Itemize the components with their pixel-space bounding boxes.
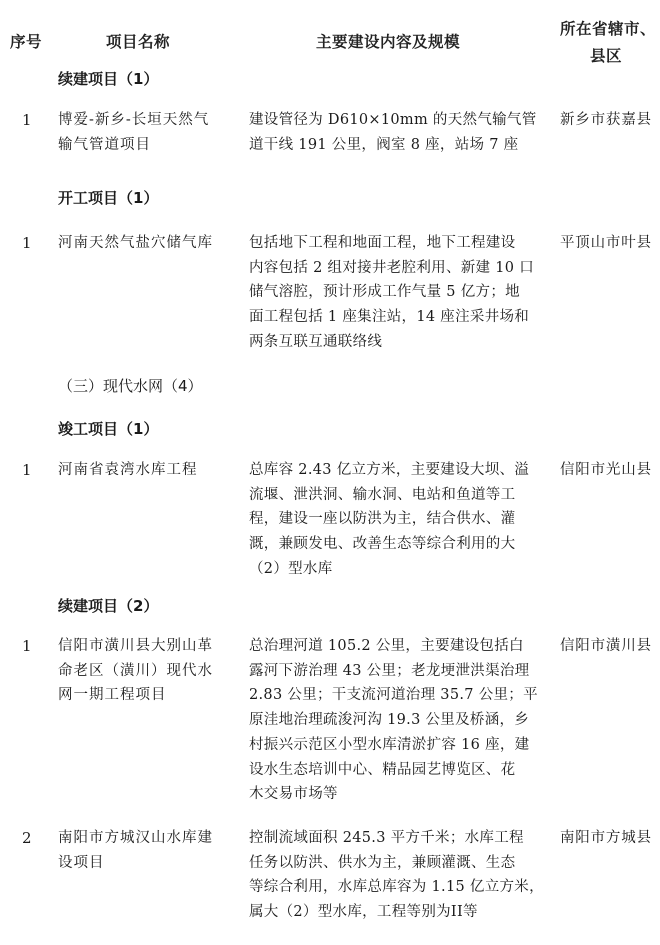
row-location: 平顶山市叶县 [560, 231, 652, 256]
row-location: 信阳市光山县 [560, 458, 652, 483]
content-line: 原洼地治理疏浚河沟 19.3 公里及桥涵，乡 [249, 708, 524, 733]
section-title: 竣工项目（1） [58, 418, 158, 439]
content-line: 控制流域面积 245.3 平方千米；水库工程 [249, 826, 524, 851]
content-line: 等综合利用，水库总库容为 1.15 亿立方米， [249, 875, 524, 900]
content-line: 两条互联互通联络线 [249, 330, 524, 355]
row-content: 总库容 2.43 亿立方米，主要建设大坝、溢 流堰、泄洪洞、输水洞、电站和鱼道等… [249, 458, 524, 582]
section-title: 续建项目（2） [58, 595, 158, 616]
content-line: 总治理河道 105.2 公里，主要建设包括白 [249, 634, 524, 659]
name-line: 设项目 [58, 851, 223, 876]
content-line: 储气溶腔，预计形成工作气量 5 亿方；地 [249, 280, 524, 305]
section-title: 续建项目（1） [58, 68, 158, 89]
row-project-name: 博爱-新乡-长垣天然气 输气管道项目 [58, 108, 223, 157]
content-line: 面工程包括 1 座集注站，14 座注采井场和 [249, 305, 524, 330]
row-location: 南阳市方城县 [560, 826, 652, 851]
content-line: 属大（2）型水库，工程等别为II等 [249, 900, 524, 925]
content-line: 露河下游治理 43 公里；老龙埂泄洪渠治理 [249, 659, 524, 684]
content-line: 建设管径为 D610×10mm 的天然气输气管 [249, 108, 524, 133]
row-content: 控制流域面积 245.3 平方千米；水库工程 任务以防洪、供水为主，兼顾灌溉、生… [249, 826, 524, 925]
row-index: 1 [22, 231, 32, 256]
content-line: 木交易市场等 [249, 782, 524, 807]
row-project-name: 河南省袁湾水库工程 [58, 458, 223, 483]
name-line: 输气管道项目 [58, 133, 223, 158]
row-index: 1 [22, 458, 32, 483]
section-title: 开工项目（1） [58, 187, 158, 208]
name-line: 南阳市方城汉山水库建 [58, 826, 223, 851]
row-project-name: 南阳市方城汉山水库建 设项目 [58, 826, 223, 875]
row-content: 包括地下工程和地面工程，地下工程建设 内容包括 2 组对接井老腔利用、新建 10… [249, 231, 524, 355]
header-project-name: 项目名称 [106, 30, 170, 52]
row-project-name: 信阳市潢川县大别山革 命老区（潢川）现代水 网一期工程项目 [58, 634, 223, 708]
header-location-line1: 所在省辖市、 [560, 17, 656, 39]
content-line: 道干线 191 公里，阀室 8 座，站场 7 座 [249, 133, 524, 158]
content-line: 程，建设一座以防洪为主，结合供水、灌 [249, 507, 524, 532]
row-location: 新乡市获嘉县 [560, 108, 652, 133]
name-line: 河南天然气盐穴储气库 [58, 231, 223, 256]
row-location: 信阳市潢川县 [560, 634, 652, 659]
row-content: 建设管径为 D610×10mm 的天然气输气管 道干线 191 公里，阀室 8 … [249, 108, 524, 157]
name-line: 河南省袁湾水库工程 [58, 458, 223, 483]
content-line: 任务以防洪、供水为主，兼顾灌溉、生态 [249, 851, 524, 876]
header-content: 主要建设内容及规模 [316, 30, 460, 52]
content-line: （2）型水库 [249, 557, 524, 582]
name-line: 博爱-新乡-长垣天然气 [58, 108, 223, 133]
name-line: 信阳市潢川县大别山革 [58, 634, 223, 659]
content-line: 2.83 公里；干支流河道治理 35.7 公里；平 [249, 683, 524, 708]
content-line: 内容包括 2 组对接井老腔利用、新建 10 口 [249, 256, 524, 281]
name-line: 网一期工程项目 [58, 683, 223, 708]
row-index: 2 [22, 826, 32, 851]
row-index: 1 [22, 108, 32, 133]
header-location-line2: 县区 [590, 44, 622, 66]
header-index: 序号 [10, 30, 42, 52]
row-content: 总治理河道 105.2 公里，主要建设包括白 露河下游治理 43 公里；老龙埂泄… [249, 634, 524, 807]
content-line: 总库容 2.43 亿立方米，主要建设大坝、溢 [249, 458, 524, 483]
content-line: 流堰、泄洪洞、输水洞、电站和鱼道等工 [249, 483, 524, 508]
category-title: （三）现代水网（4） [58, 375, 203, 396]
name-line: 命老区（潢川）现代水 [58, 659, 223, 684]
content-line: 包括地下工程和地面工程，地下工程建设 [249, 231, 524, 256]
content-line: 溉，兼顾发电、改善生态等综合利用的大 [249, 532, 524, 557]
row-project-name: 河南天然气盐穴储气库 [58, 231, 223, 256]
content-line: 设水生态培训中心、精品园艺博览区、花 [249, 758, 524, 783]
content-line: 村振兴示范区小型水库清淤扩容 16 座，建 [249, 733, 524, 758]
row-index: 1 [22, 634, 32, 659]
